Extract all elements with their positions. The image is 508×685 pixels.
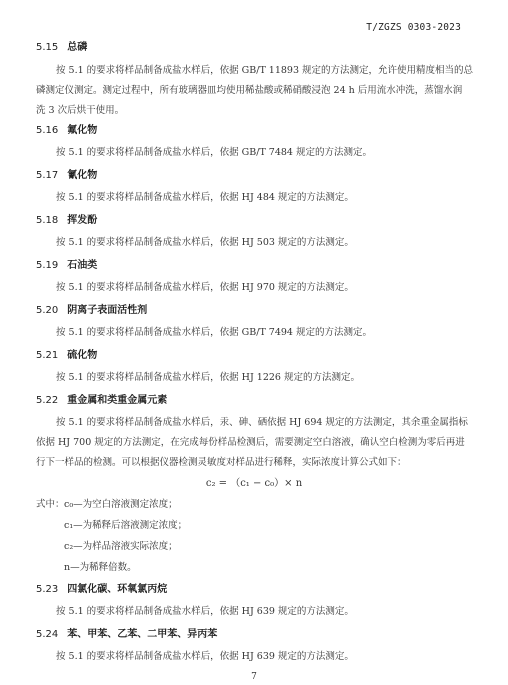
paragraph-line: 按 5.1 的要求将样品制备成盐水样后，依据 HJ 484 规定的方法测定。 — [56, 189, 354, 203]
paragraph-line: 按 5.1 的要求将样品制备成盐水样后，依据 GB/T 7494 规定的方法测定… — [56, 324, 372, 338]
section-heading-5-18: 5.18挥发酚 — [36, 211, 97, 226]
paragraph-line: 行下一样品的检测。可以根据仪器检测灵敏度对样品进行稀释，实际浓度计算公式如下： — [36, 454, 407, 468]
section-heading-5-17: 5.17氰化物 — [36, 166, 97, 181]
paragraph-line: 依据 HJ 700 规定的方法测定，在完成每份样品检测后，需要测定空白溶液，确认… — [36, 434, 465, 448]
where-label: 式中： — [36, 496, 65, 510]
paragraph-line: 按 5.1 的要求将样品制备成盐水样后，依据 HJ 639 规定的方法测定。 — [56, 648, 354, 662]
paragraph-line: 磷测定仪测定。测定过程中，所有玻璃器皿均使用稀盐酸或稀硝酸浸泡 24 h 后用流… — [36, 82, 462, 96]
definition-n: n—为稀释倍数。 — [64, 559, 137, 573]
page-number: 7 — [0, 672, 508, 682]
section-heading-5-23: 5.23四氯化碳、环氧氯丙烷 — [36, 580, 167, 595]
section-heading-5-15: 5.15总磷 — [36, 38, 87, 53]
paragraph-line: 按 5.1 的要求将样品制备成盐水样后，依据 GB/T 11893 规定的方法测… — [56, 62, 473, 76]
paragraph-line: 洗 3 次后烘干使用。 — [36, 102, 124, 116]
section-heading-5-22: 5.22重金属和类重金属元素 — [36, 391, 167, 406]
definition-c2: c₂—为样品溶液实际浓度； — [64, 538, 178, 552]
paragraph-line: 按 5.1 的要求将样品制备成盐水样后，依据 HJ 970 规定的方法测定。 — [56, 279, 354, 293]
document-code: T/ZGZS 0303-2023 — [366, 22, 461, 33]
paragraph-line: 按 5.1 的要求将样品制备成盐水样后，汞、砷、硒依据 HJ 694 规定的方法… — [56, 414, 468, 428]
definition-c1: c₁—为稀释后溶液测定浓度； — [64, 517, 187, 531]
paragraph-line: 按 5.1 的要求将样品制备成盐水样后，依据 HJ 503 规定的方法测定。 — [56, 234, 354, 248]
section-heading-5-16: 5.16氟化物 — [36, 121, 97, 136]
paragraph-line: 按 5.1 的要求将样品制备成盐水样后，依据 HJ 639 规定的方法测定。 — [56, 603, 354, 617]
paragraph-line: 按 5.1 的要求将样品制备成盐水样后，依据 GB/T 7484 规定的方法测定… — [56, 144, 372, 158]
paragraph-line: 按 5.1 的要求将样品制备成盐水样后，依据 HJ 1226 规定的方法测定。 — [56, 369, 360, 383]
section-heading-5-21: 5.21硫化物 — [36, 346, 97, 361]
section-heading-5-24: 5.24苯、甲苯、乙苯、二甲苯、异丙苯 — [36, 625, 217, 640]
concentration-formula: c₂ = （c₁ − c₀）× n — [0, 474, 508, 489]
definition-c0: c₀—为空白溶液测定浓度； — [64, 496, 178, 510]
section-heading-5-19: 5.19石油类 — [36, 256, 97, 271]
section-heading-5-20: 5.20阴离子表面活性剂 — [36, 301, 147, 316]
